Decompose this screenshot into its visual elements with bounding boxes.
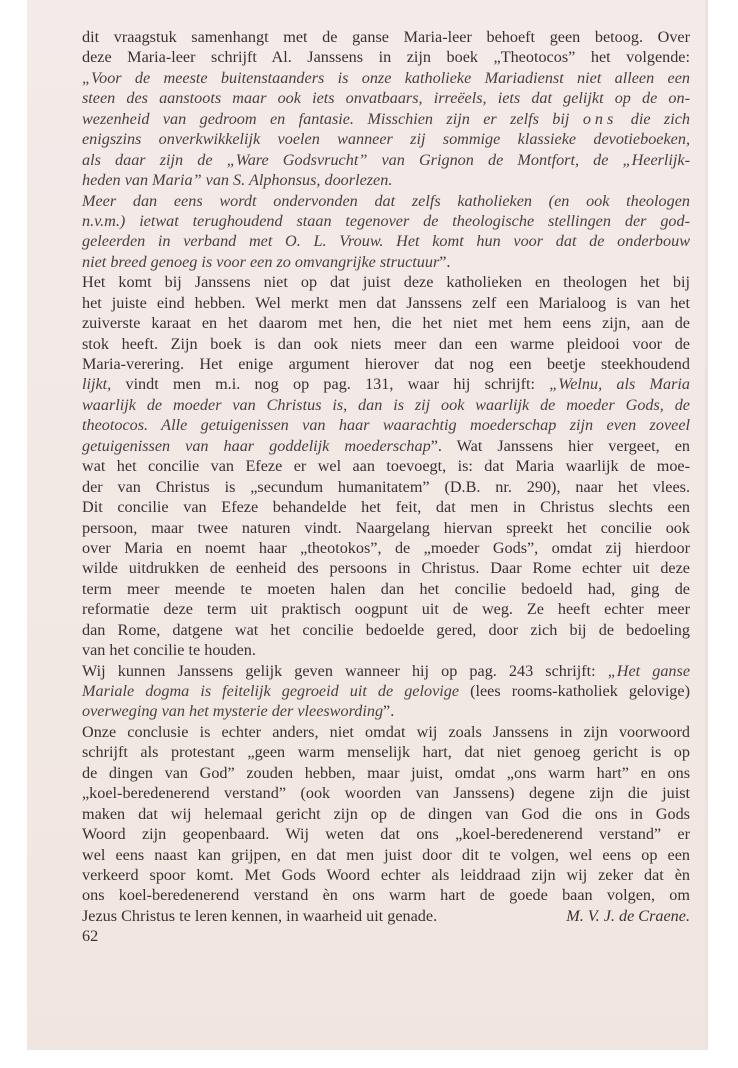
text-line: term meer meende te moeten halen dan het… [82,579,690,599]
text-segment: wilde uitdrukken de eenheid des persoons… [82,559,690,577]
text-line: ons koel-beredenerend verstand èn ons wa… [82,885,690,905]
author-signature: M. V. J. de Craene. [566,906,690,926]
italic-quote-segment: Meer dan eens wordt ondervonden dat zelf… [82,192,690,210]
text-line: dan Rome, datgene wat het concilie bedoe… [82,620,690,640]
text-line: schrijft als protestant „geen warm mense… [82,742,690,762]
text-line: verkeerd spoor komt. Met Gods Woord echt… [82,865,690,885]
italic-quote-segment: Mariale dogma is feitelijk gegroeid uit … [82,682,459,700]
text-segment: Wij kunnen Janssens gelijk geven wanneer… [82,662,608,680]
text-line: Dit concilie van Efeze behandelde het fe… [82,497,690,517]
text-segment: deze Maria-leer schrijft Al. Janssens in… [82,48,690,66]
text-segment: dit vraagstuk samenhangt met de ganse Ma… [82,28,690,46]
italic-quote-segment: wezenheid van gedroom en fantasie. Missc… [82,110,583,128]
text-line: „Voor de meeste buitenstaanders is onze … [82,68,690,88]
italic-quote-segment: n.v.m.) ietwat terughoudend staan tegeno… [82,212,690,230]
text-line: Mariale dogma is feitelijk gegroeid uit … [82,681,690,701]
closing-sentence: Jezus Christus te leren kennen, in waarh… [82,907,437,925]
text-segment: persoon, maar twee naturen vindt. Naarge… [82,519,690,537]
text-line: stok heeft. Zijn boek is dan ook niets m… [82,334,690,354]
text-segment: ons koel-beredenerend verstand èn ons wa… [82,886,690,904]
text-line: zuiverste karaat en het daarom met hen, … [82,313,690,333]
text-segment: wel eens naast kan grijpen, en dat men j… [82,846,690,864]
text-line: „koel-beredenerend verstand” (ook woorde… [82,783,690,803]
text-line: enigszins onverkwikkelijk voelen wanneer… [82,129,690,149]
text-line: theotocos. Alle getuigenissen van haar w… [82,415,690,435]
italic-quote-segment: overweging van het mysterie der vleeswor… [82,702,383,720]
text-segment: (lees rooms-katholiek gelovige) [459,682,690,700]
text-line: der van Christus is „secundum humanitate… [82,477,690,497]
text-line: Wij kunnen Janssens gelijk geven wanneer… [82,661,690,681]
text-line: waarlijk de moeder van Christus is, dan … [82,395,690,415]
text-line: als daar zijn de „Ware Godsvrucht” van G… [82,150,690,170]
text-segment: wat het concilie van Efeze er wel aan to… [82,457,690,475]
text-line: geleerden in verband met O. L. Vrouw. He… [82,231,690,251]
text-line: getuigenissen van haar goddelijk moeders… [82,436,690,456]
text-segment: zuiverste karaat en het daarom met hen, … [82,314,690,332]
text-line: wilde uitdrukken de eenheid des persoons… [82,558,690,578]
italic-quote-segment: als daar zijn de „Ware Godsvrucht” van G… [82,151,690,169]
text-segment: verkeerd spoor komt. Met Gods Woord echt… [82,866,690,884]
text-segment: Onze conclusie is echter anders, niet om… [82,723,690,741]
text-segment: stok heeft. Zijn boek is dan ook niets m… [82,335,690,353]
italic-quote-segment: „Het ganse [608,662,690,680]
italic-quote-segment: niet breed genoeg is voor een zo omvangr… [82,253,439,271]
italic-quote-segment: getuigenissen van haar goddelijk moeders… [82,437,431,455]
text-segment: maken dat wij helemaal gericht zijn op d… [82,805,690,823]
text-segment: ”. Wat Janssens hier vergeet, en [431,437,690,455]
italic-quote-segment: waarlijk de moeder van Christus is, dan … [82,396,690,414]
text-line: Het komt bij Janssens niet op dat juist … [82,272,690,292]
text-line: Maria-verering. Het enige argument hiero… [82,354,690,374]
text-segment: dan Rome, datgene wat het concilie bedoe… [82,621,690,639]
text-line: wat het concilie van Efeze er wel aan to… [82,456,690,476]
text-line: steen des aanstoots maar ook iets onvatb… [82,88,690,108]
text-segment: de dingen van God” zouden hebben, maar j… [82,764,690,782]
italic-quote-segment: ons [583,110,618,128]
text-line: persoon, maar twee naturen vindt. Naarge… [82,518,690,538]
text-segment: schrijft als protestant „geen warm mense… [82,743,690,761]
italic-quote-segment: enigszins onverkwikkelijk voelen wanneer… [82,130,690,148]
text-line: maken dat wij helemaal gericht zijn op d… [82,804,690,824]
text-lines: dit vraagstuk samenhangt met de ganse Ma… [82,27,690,906]
text-line: overweging van het mysterie der vleeswor… [82,701,690,721]
text-line: deze Maria-leer schrijft Al. Janssens in… [82,47,690,67]
text-line: van het concilie te houden. [82,640,690,660]
text-line: lijkt, vindt men m.i. nog op pag. 131, w… [82,374,690,394]
page-number: 62 [82,926,690,946]
italic-quote-segment: theotocos. Alle getuigenissen van haar w… [82,416,690,434]
italic-quote-segment: die zich [617,110,690,128]
text-segment: ”. [439,253,450,271]
italic-quote-segment: geleerden in verband met O. L. Vrouw. He… [82,232,690,250]
text-segment: vindt men m.i. nog op pag. 131, waar hij… [111,375,549,393]
text-segment: over Maria en noemt haar „theotokos”, de… [82,539,690,557]
text-line: heden van Maria” van S. Alphonsus, doorl… [82,170,690,190]
text-segment: het juiste eind hebben. Wel merkt men da… [82,294,690,312]
text-line: het juiste eind hebben. Wel merkt men da… [82,293,690,313]
text-segment: van het concilie te houden. [82,641,256,659]
italic-quote-segment: steen des aanstoots maar ook iets onvatb… [82,89,690,107]
closing-line: Jezus Christus te leren kennen, in waarh… [82,906,690,926]
text-line: n.v.m.) ietwat terughoudend staan tegeno… [82,211,690,231]
text-segment: term meer meende te moeten halen dan het… [82,580,690,598]
italic-quote-segment: „Voor de meeste buitenstaanders is onze … [82,69,690,87]
text-line: wezenheid van gedroom en fantasie. Missc… [82,109,690,129]
text-segment: Maria-verering. Het enige argument hiero… [82,355,690,373]
text-segment: Het komt bij Janssens niet op dat juist … [82,273,690,291]
body-text: dit vraagstuk samenhangt met de ganse Ma… [82,27,690,947]
text-line: de dingen van God” zouden hebben, maar j… [82,763,690,783]
text-line: Onze conclusie is echter anders, niet om… [82,722,690,742]
italic-quote-segment: „Welnu, als Maria [549,375,690,393]
text-line: Woord zijn geopenbaard. Wij weten dat on… [82,824,690,844]
text-segment: ”. [383,702,394,720]
italic-quote-segment: heden van Maria” van S. Alphonsus, doorl… [82,171,392,189]
italic-quote-segment: lijkt, [82,375,111,393]
text-segment: reformatie deze term uit praktisch oogpu… [82,600,690,618]
text-line: reformatie deze term uit praktisch oogpu… [82,599,690,619]
text-segment: der van Christus is „secundum humanitate… [82,478,690,496]
text-segment: „koel-beredenerend verstand” (ook woorde… [82,784,690,802]
text-line: over Maria en noemt haar „theotokos”, de… [82,538,690,558]
text-line: dit vraagstuk samenhangt met de ganse Ma… [82,27,690,47]
scanned-page: dit vraagstuk samenhangt met de ganse Ma… [27,0,708,1050]
text-line: wel eens naast kan grijpen, en dat men j… [82,845,690,865]
text-segment: Dit concilie van Efeze behandelde het fe… [82,498,690,516]
text-line: niet breed genoeg is voor een zo omvangr… [82,252,690,272]
text-segment: Woord zijn geopenbaard. Wij weten dat on… [82,825,690,843]
text-line: Meer dan eens wordt ondervonden dat zelf… [82,191,690,211]
